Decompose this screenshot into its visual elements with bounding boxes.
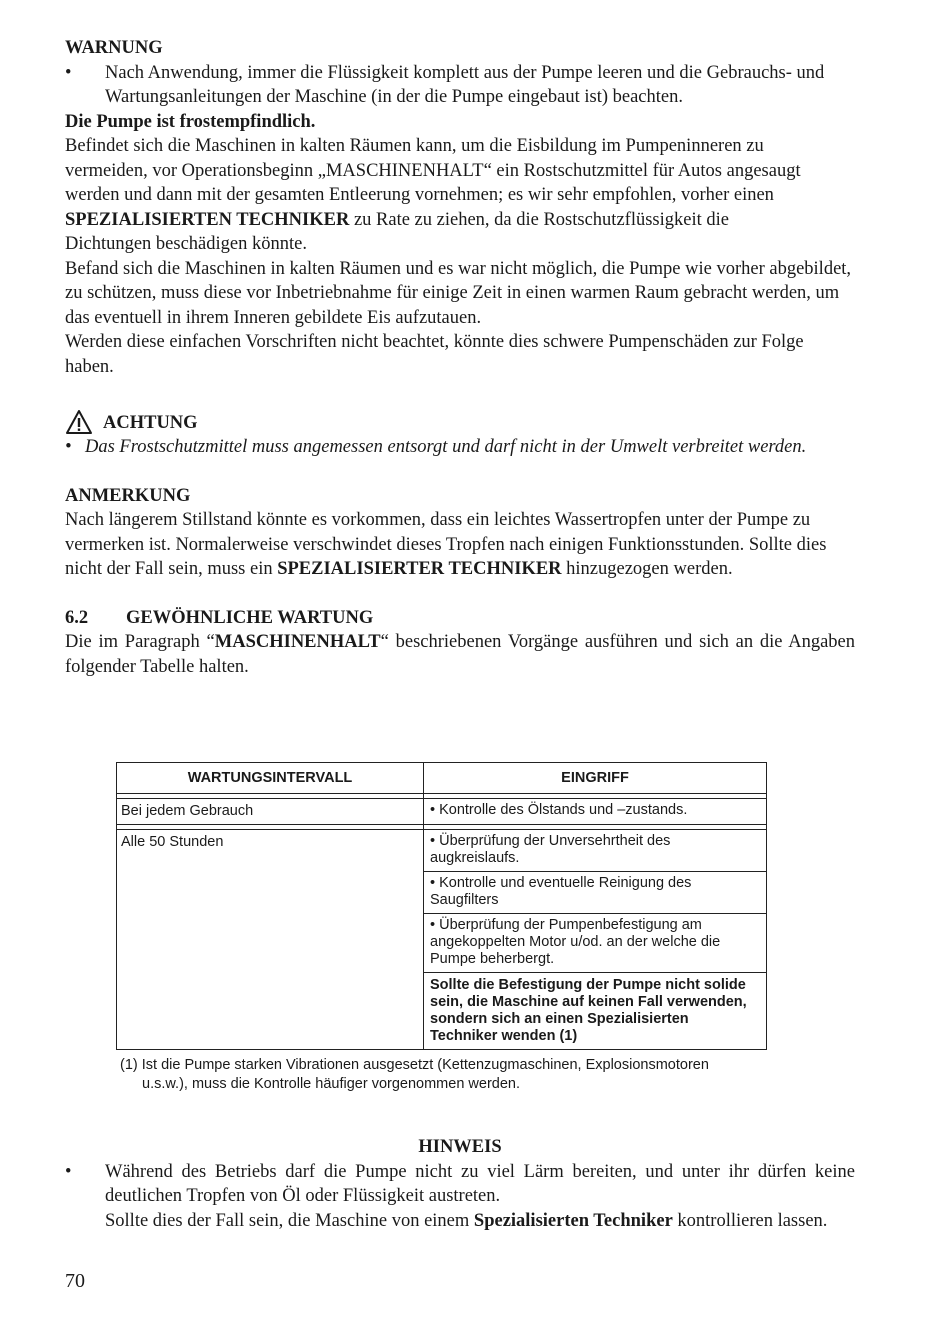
hinweis-section: HINWEIS • Während des Betriebs darf die … — [65, 1135, 855, 1233]
column-header-interval: WARTUNGSINTERVALL — [117, 763, 424, 794]
frost-paragraph-3: Werden diese einfachen Vorschriften nich… — [65, 330, 835, 379]
warnung-bullet: • Nach Anwendung, immer die Flüssigkeit … — [65, 61, 855, 110]
action-cell: • Überprüfung der Unversehrtheit des aug… — [424, 830, 767, 1050]
hinweis-bullet: • Während des Betriebs darf die Pumpe ni… — [65, 1160, 855, 1234]
anmerkung-heading: ANMERKUNG — [65, 484, 855, 509]
action-item: • Kontrolle des Ölstands und –zustands. — [424, 799, 766, 823]
achtung-bullet-text: Das Frostschutzmittel muss angemessen en… — [85, 435, 855, 460]
technician-emphasis: SPEZIALISIERTEN TECHNIKER — [65, 210, 349, 230]
document-body: WARNUNG • Nach Anwendung, immer die Flüs… — [65, 36, 855, 679]
interval-cell: Alle 50 Stunden — [117, 830, 424, 1050]
text: Die im Paragraph “ — [65, 632, 215, 652]
warning-triangle-icon — [65, 409, 93, 435]
bullet-marker: • — [65, 61, 105, 110]
maintenance-table: WARTUNGSINTERVALL EINGRIFF Bei jedem Geb… — [116, 762, 767, 1050]
text: kontrollieren lassen. — [673, 1211, 828, 1231]
action-item: • Kontrolle und eventuelle Reinigung des… — [424, 872, 766, 914]
hinweis-text-2: Sollte dies der Fall sein, die Maschine … — [105, 1209, 855, 1234]
frost-paragraph-1: Befindet sich die Maschinen in kalten Rä… — [65, 134, 815, 257]
section-intro: Die im Paragraph “MASCHINENHALT“ beschri… — [65, 630, 855, 679]
page-number: 70 — [65, 1270, 85, 1293]
column-header-action: EINGRIFF — [424, 763, 767, 794]
interval-cell: Bei jedem Gebrauch — [117, 799, 424, 825]
warnung-bullet-text: Nach Anwendung, immer die Flüssigkeit ko… — [105, 61, 855, 110]
table-header-row: WARTUNGSINTERVALL EINGRIFF — [117, 763, 767, 794]
section-number: 6.2 — [65, 606, 126, 631]
table-row: Alle 50 Stunden • Überprüfung der Unvers… — [117, 830, 767, 1050]
table-footnote: (1) Ist die Pumpe starken Vibrationen au… — [120, 1056, 780, 1094]
action-warning: Sollte die Befestigung der Pumpe nicht s… — [424, 973, 766, 1049]
action-cell: • Kontrolle des Ölstands und –zustands. — [424, 799, 767, 825]
maschinenhalt-ref: MASCHINENHALT — [215, 632, 381, 652]
frost-heading: Die Pumpe ist frostempfindlich. — [65, 110, 855, 135]
table-row: Bei jedem Gebrauch • Kontrolle des Ölsta… — [117, 799, 767, 825]
hinweis-bullet-body: Während des Betriebs darf die Pumpe nich… — [105, 1160, 855, 1234]
text: Sollte dies der Fall sein, die Maschine … — [105, 1211, 474, 1231]
bullet-marker: • — [65, 435, 85, 460]
technician-emphasis: Spezialisierten Techniker — [474, 1211, 673, 1231]
achtung-bullet: • Das Frostschutzmittel muss angemessen … — [65, 435, 855, 460]
text: hinzugezogen werden. — [562, 559, 733, 579]
text: Befindet sich die Maschinen in kalten Rä… — [65, 136, 801, 205]
bullet-marker: • — [65, 1160, 105, 1234]
section-heading: 6.2 GEWÖHNLICHE WARTUNG — [65, 606, 855, 631]
warnung-heading: WARNUNG — [65, 36, 855, 61]
anmerkung-text: Nach längerem Stillstand könnte es vorko… — [65, 508, 855, 582]
action-item: • Überprüfung der Pumpenbefestigung am a… — [424, 914, 766, 973]
achtung-heading-row: ACHTUNG — [65, 409, 855, 435]
section-title: GEWÖHNLICHE WARTUNG — [126, 606, 373, 631]
footnote-line-1: (1) Ist die Pumpe starken Vibrationen au… — [120, 1056, 780, 1075]
action-item: • Überprüfung der Unversehrtheit des aug… — [424, 830, 766, 872]
hinweis-heading: HINWEIS — [65, 1135, 855, 1160]
hinweis-text-1: Während des Betriebs darf die Pumpe nich… — [105, 1160, 855, 1209]
technician-emphasis: SPEZIALISIERTER TECHNIKER — [277, 559, 561, 579]
frost-paragraph-2: Befand sich die Maschinen in kalten Räum… — [65, 257, 855, 331]
footnote-line-2: u.s.w.), muss die Kontrolle häufiger vor… — [120, 1075, 780, 1094]
achtung-heading: ACHTUNG — [103, 411, 198, 436]
